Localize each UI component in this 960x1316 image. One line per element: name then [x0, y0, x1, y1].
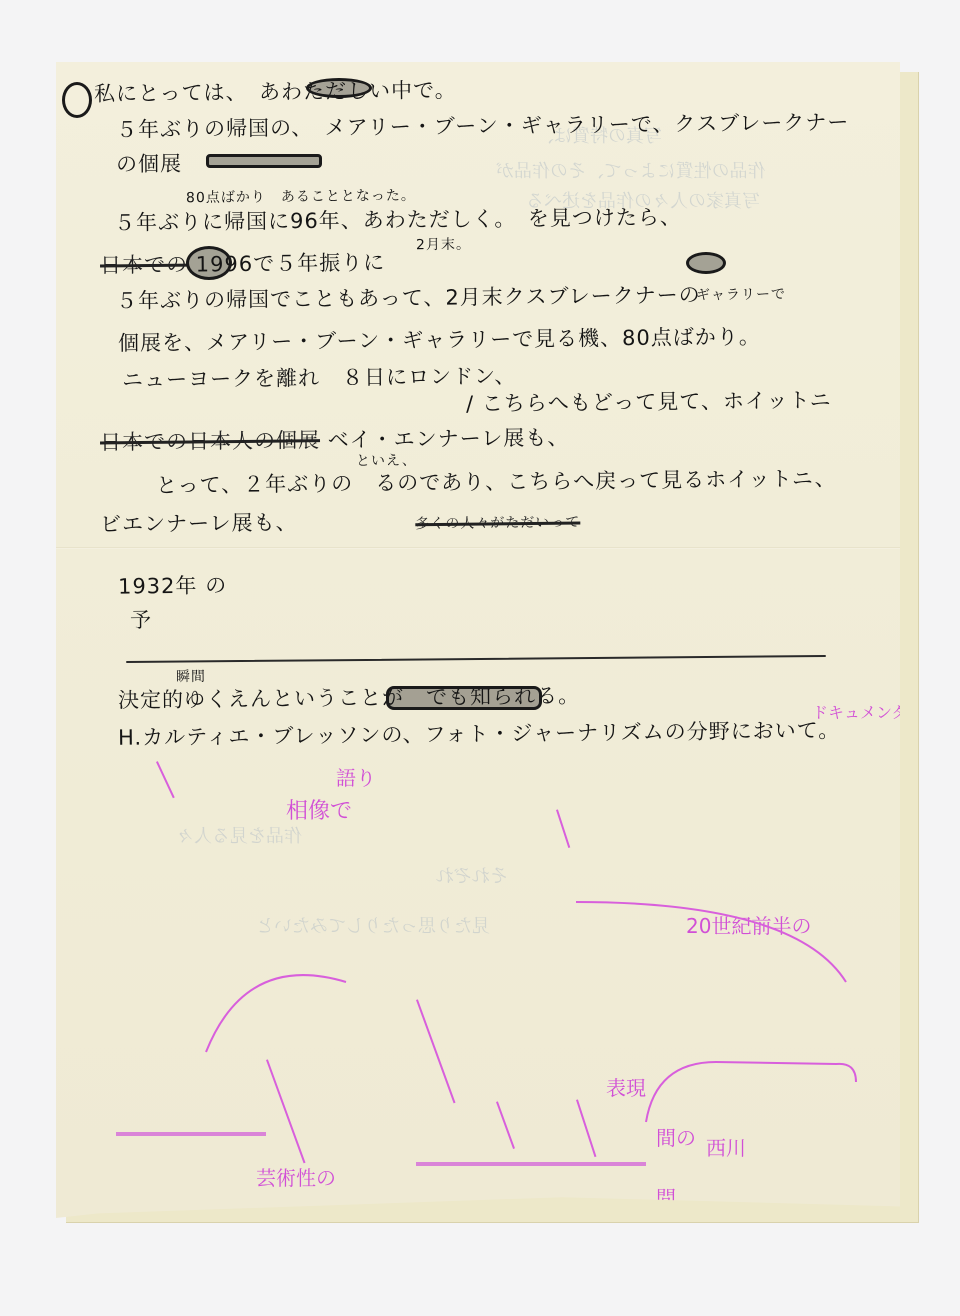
manuscript-page: 写真の特質は、 作品の性質によって、その作品が 写真家の人々の作品を述べる 作品…	[56, 62, 900, 1218]
pink-curve-annotations	[56, 62, 900, 1218]
